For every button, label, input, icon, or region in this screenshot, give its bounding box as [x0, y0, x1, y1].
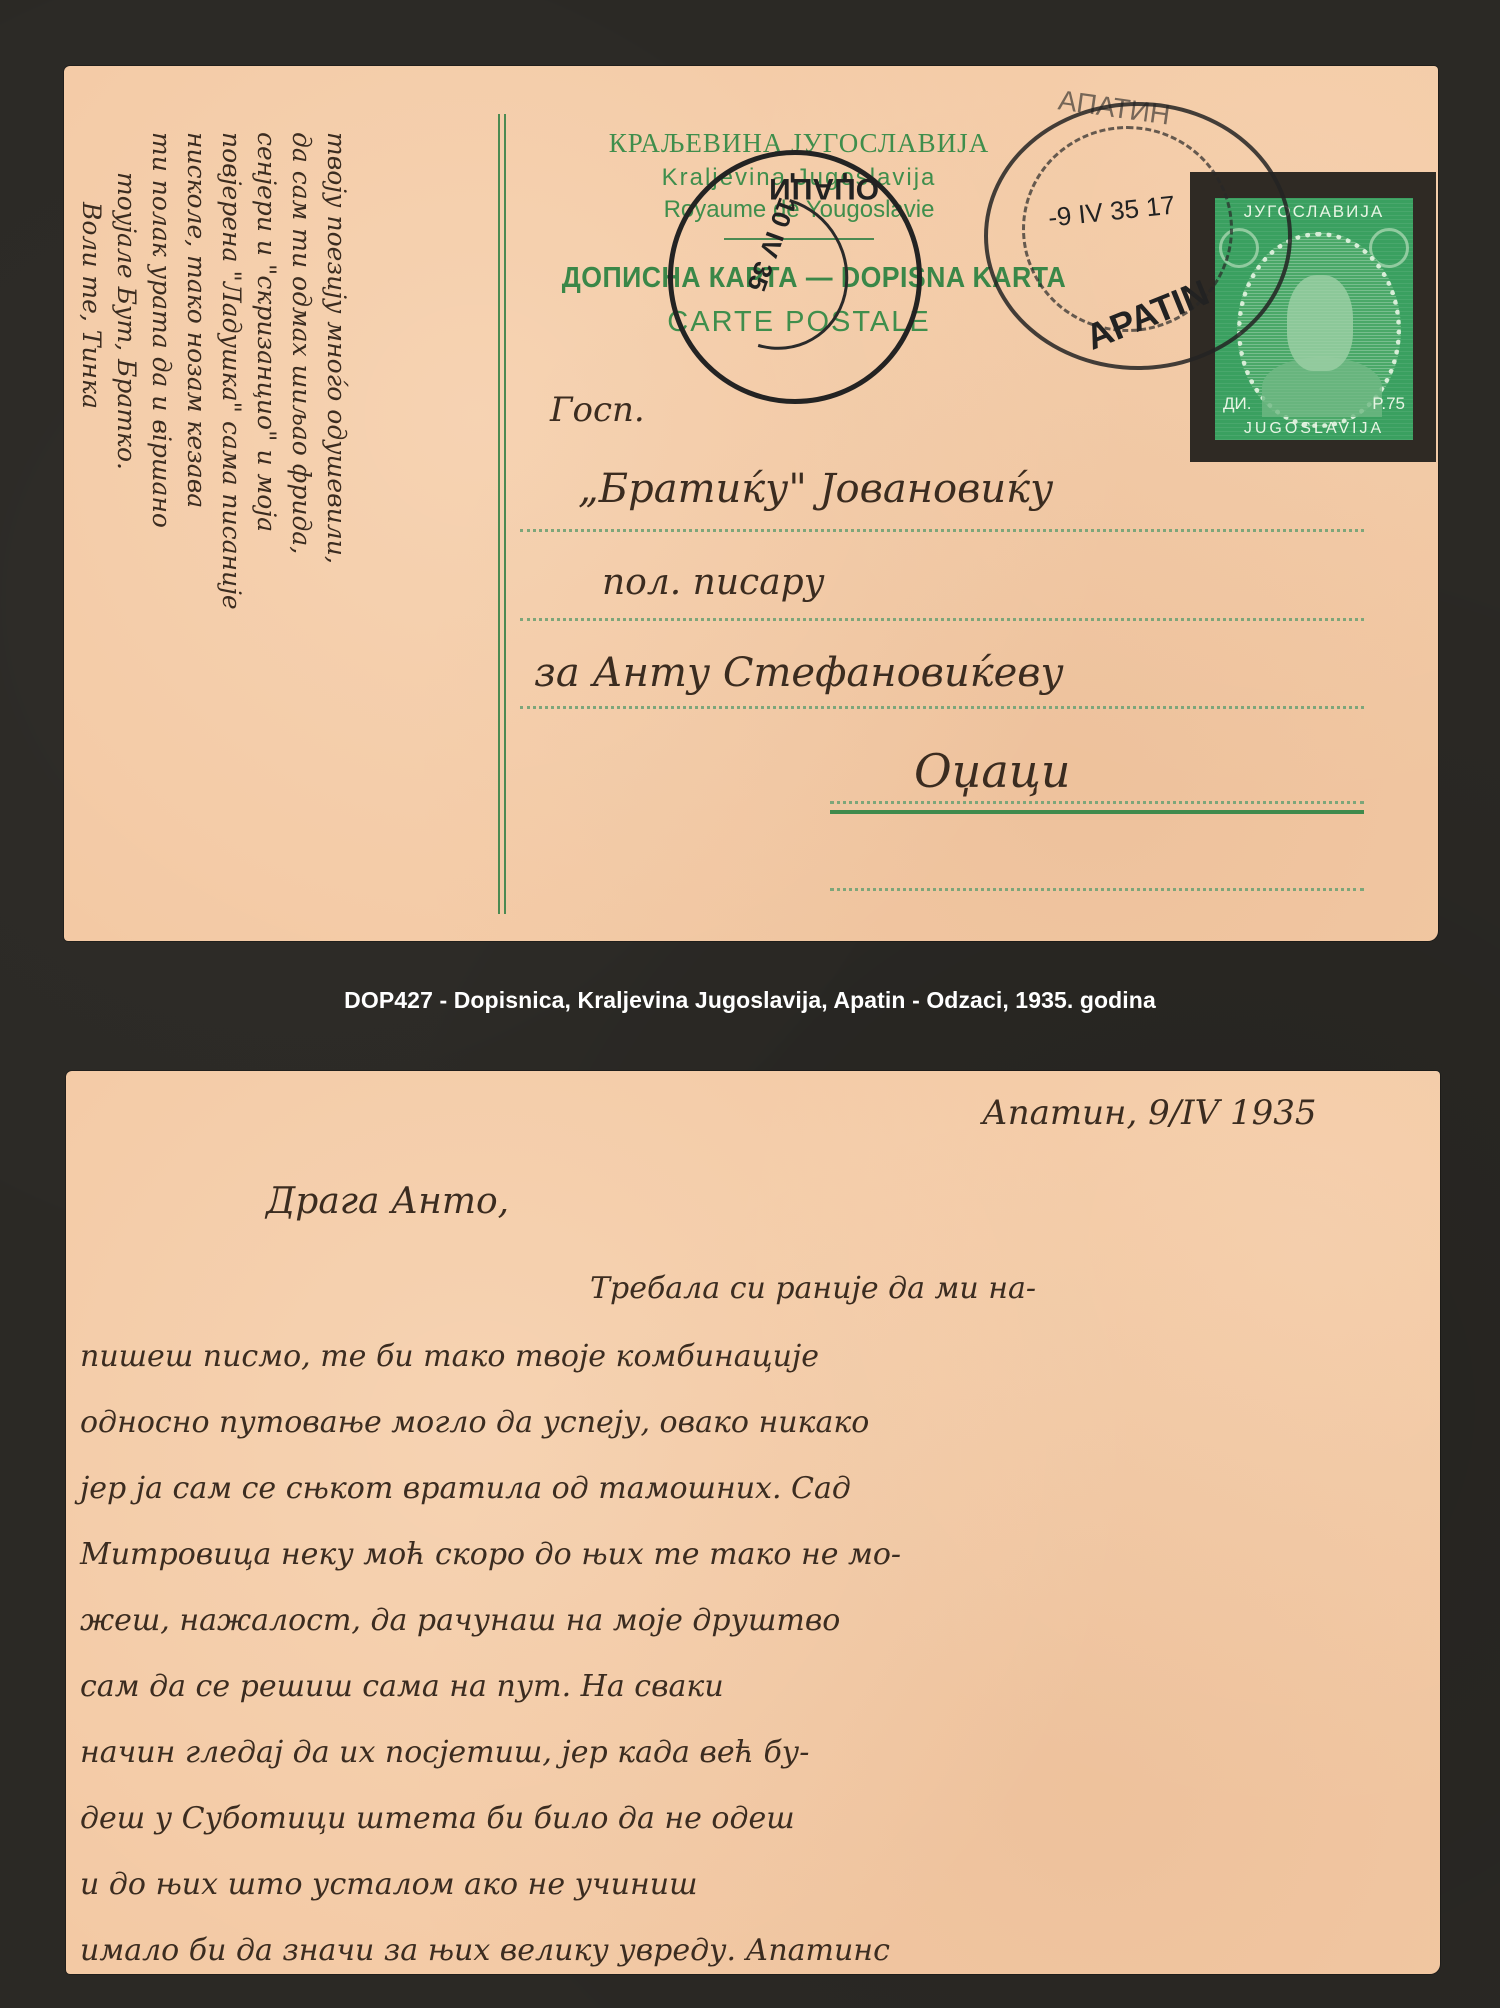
side-message: твоју поезију мноѓо одушевили, да сам ти…: [74, 132, 354, 992]
address-underline: [830, 810, 1364, 814]
side-message-line: повјерена "Ладушка" сама писаниjе: [214, 132, 249, 992]
letter-line: имало би да значи за њих велику увреду. …: [80, 1933, 890, 1968]
apatin-postmark: -9 IV 35 17 APATIN АПАТИН: [984, 102, 1292, 370]
postcard-front: КРАЉЕВИНА ЈУГОСЛАВИЈА Kraljevina Jugosla…: [64, 66, 1438, 941]
letter-line: Требала си раније да ми на-: [590, 1271, 1036, 1306]
side-message-line: сенјери и "скризанцио" и моја: [249, 132, 284, 992]
letter-greeting: Драга Анто,: [266, 1181, 509, 1222]
left-frame-line: [498, 114, 500, 914]
apatin-postmark-town-cyrillic: АПАТИН: [1056, 84, 1172, 131]
side-message-signature: Воли те, Тинка: [74, 132, 109, 992]
address-dotted-line-3: [520, 706, 1364, 709]
address-line-1: „Братиќу" Јовановиќу: [578, 466, 1053, 512]
left-frame-line-inner: [504, 114, 506, 914]
odzaci-postmark-town: ОЏАЦИ: [769, 171, 879, 205]
side-message-line: твоју поезију мноѓо одушевили,: [319, 132, 354, 992]
letter-line: и до њих што усталом ако не учиниш: [80, 1867, 698, 1902]
letter-line: жеш, нажалост, да рачунаш на моје друштв…: [80, 1603, 840, 1638]
letter-dateline: Апатин, 9/IV 1935: [982, 1093, 1316, 1133]
side-message-line: да сам ти одмах шиљао фрида,: [284, 132, 319, 992]
letter-line: пишеш писмо, те би тако твоје комбинациј…: [80, 1339, 819, 1374]
address-dotted-line-1: [520, 529, 1364, 532]
address-line-2: пол. писару: [602, 562, 825, 603]
address-line-4: Оџаци: [914, 744, 1071, 798]
image-caption: DOP427 - Dopisnica, Kraljevina Jugoslavi…: [0, 987, 1500, 1014]
letter-line: односно путовање могло да успеју, овако …: [80, 1405, 869, 1440]
side-message-line: ти полак урата да и віршано: [144, 132, 179, 992]
address-salutation: Госп.: [550, 390, 645, 430]
side-message-line: нисколе, тако нозам кезава: [179, 132, 214, 992]
stamp-left-value: ДИ.: [1223, 394, 1251, 414]
address-dotted-line-4: [830, 801, 1364, 804]
side-message-line: тоујале Бут, Братко.: [109, 132, 144, 992]
letter-line: Митровица неку моћ скоро до њих те тако …: [80, 1537, 901, 1572]
portrait-king-icon: [1287, 275, 1353, 371]
letter-line: начин гледај да их посјетиш, јер када ве…: [80, 1735, 809, 1770]
address-line-3: за Анту Стефановиќеву: [534, 650, 1064, 696]
letter-line: деш у Суботици штета би било да не одеш: [80, 1801, 795, 1836]
letter-line: јер ја сам се сњкот вратила од тамошних.…: [80, 1471, 851, 1506]
address-dotted-line-2: [520, 618, 1364, 621]
postcard-back: Апатин, 9/IV 1935 Драга Анто, Требала си…: [66, 1071, 1440, 1974]
address-dotted-line-5: [830, 888, 1364, 891]
odzaci-postmark: 10 IV 35 ОЏАЦИ: [668, 150, 922, 404]
letter-line: сам да се решиш сама на пут. На сваки: [80, 1669, 724, 1704]
stamp-value: P.75: [1372, 394, 1405, 414]
stamp-bottom-text: JUGOSLAVIJA: [1215, 420, 1413, 438]
